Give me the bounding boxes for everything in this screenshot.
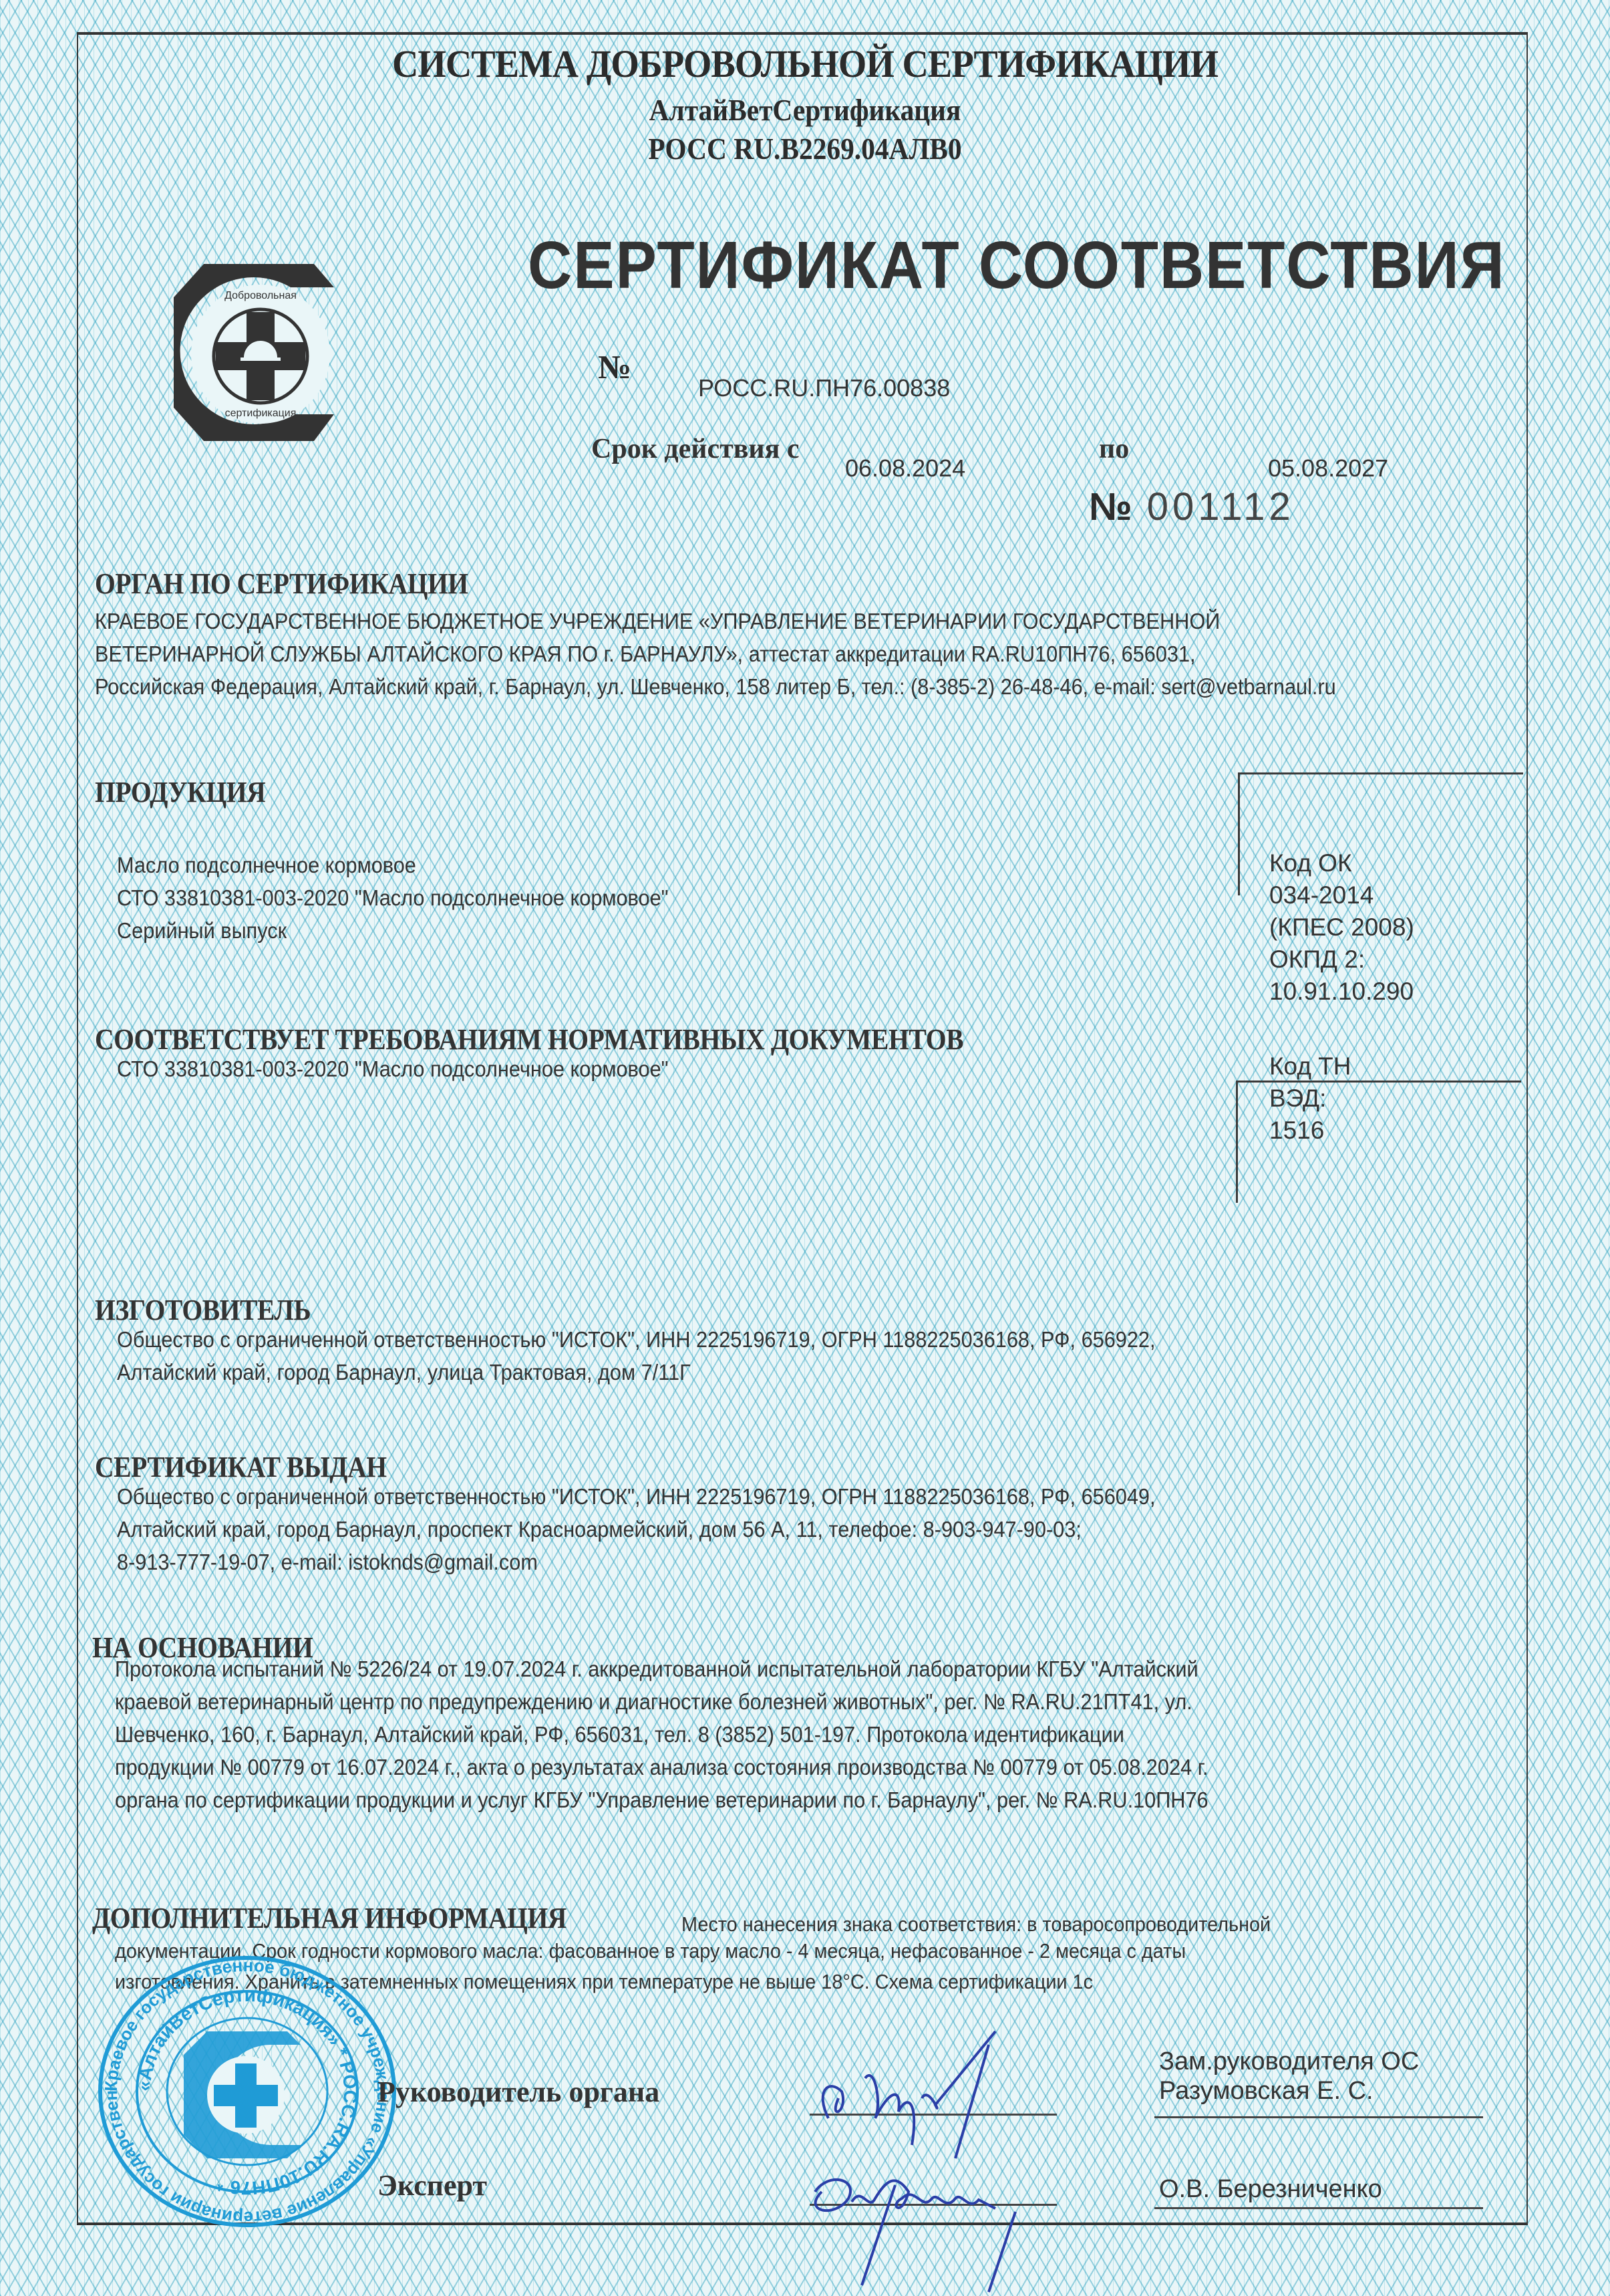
logo-top-text: Добровольная (224, 290, 297, 301)
tnved-box-top (1236, 1081, 1521, 1083)
okpd-box-left (1238, 772, 1240, 895)
serial-value: 001112 (1147, 485, 1295, 529)
conformity-heading: СООТВЕТСТВУЕТ ТРЕБОВАНИЯМ НОРМАТИВНЫХ ДО… (95, 1022, 963, 1056)
certificate-number: РОСС.RU.ПН76.00838 (698, 374, 950, 402)
issued-to-heading: СЕРТИФИКАТ ВЫДАН (95, 1450, 387, 1484)
product-text: Масло подсолнечное кормовое СТО 33810381… (117, 849, 669, 947)
expert-label: Эксперт (377, 2168, 487, 2202)
expert-signature (795, 2145, 1076, 2296)
product-heading: ПРОДУКЦИЯ (95, 775, 265, 809)
head-name: Разумовская Е. С. (1159, 2076, 1419, 2106)
conformity-text: СТО 33810381-003-2020 "Масло подсолнечно… (117, 1052, 669, 1085)
tn-ved-code: Код ТН ВЭД: 1516 (1269, 1050, 1351, 1147)
valid-to-label: по (1099, 433, 1129, 465)
additional-info-heading: ДОПОЛНИТЕЛЬНАЯ ИНФОРМАЦИЯ (92, 1901, 567, 1935)
system-brand: АлтайВетСертификация (81, 92, 1530, 128)
certification-body-heading: ОРГАН ПО СЕРТИФИКАЦИИ (95, 567, 468, 601)
system-name: СИСТЕМА ДОБРОВОЛЬНОЙ СЕРТИФИКАЦИИ (48, 41, 1561, 86)
manufacturer-heading: ИЗГОТОВИТЕЛЬ (95, 1293, 311, 1327)
valid-to-date: 05.08.2027 (1268, 454, 1388, 482)
number-label: № (598, 347, 631, 386)
certification-body-text: КРАЕВОЕ ГОСУДАРСТВЕННОЕ БЮДЖЕТНОЕ УЧРЕЖД… (95, 605, 1518, 703)
validity-label: Срок действия с (591, 433, 800, 465)
expert-name-line (1154, 2207, 1483, 2209)
okpd-box-top (1238, 772, 1523, 774)
okpd-code: Код ОК 034-2014 (КПЕС 2008) ОКПД 2: 10.9… (1269, 847, 1414, 1008)
expert-name: О.В. Березниченко (1159, 2175, 1382, 2204)
serial-prefix: № (1089, 485, 1132, 529)
system-registration: РОСС RU.B2269.04АЛВ0 (81, 131, 1530, 166)
head-of-body-label: Руководитель органа (377, 2075, 659, 2109)
official-stamp: Краевое государственное бюджетное учрежд… (94, 1951, 401, 2232)
certificate-title: СЕРТИФИКАТ СООТВЕТСТВИЯ (528, 227, 1506, 304)
head-name-line (1154, 2116, 1483, 2118)
logo-bottom-text: сертификация (225, 408, 297, 419)
certification-logo: Добровольная сертификация (164, 257, 351, 451)
valid-from-date: 06.08.2024 (845, 454, 965, 482)
head-signatory: Зам.руководителя ОС Разумовская Е. С. (1159, 2047, 1419, 2106)
basis-text: Протокола испытаний № 5226/24 от 19.07.2… (115, 1653, 1209, 1816)
serial-number: № 001112 (1089, 484, 1295, 529)
issued-to-text: Общество с ограниченной ответственностью… (117, 1480, 1156, 1578)
head-title: Зам.руководителя ОС (1159, 2047, 1419, 2076)
tnved-box-left (1236, 1081, 1238, 1203)
manufacturer-text: Общество с ограниченной ответственностью… (117, 1323, 1156, 1389)
